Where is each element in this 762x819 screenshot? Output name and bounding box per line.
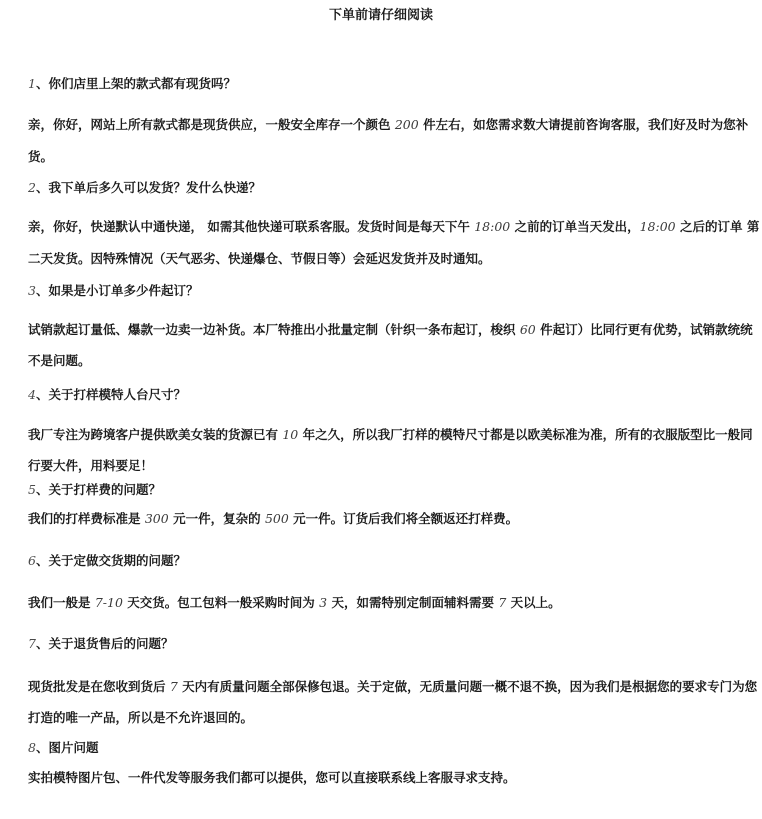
question-number: 1	[28, 76, 36, 91]
question-number: 2	[28, 180, 36, 195]
answer-text: 元一件，复杂的	[169, 511, 265, 526]
faq-answer-3-line-1: 试销款起订量低、爆款一边卖一边补货。本厂特推出小批量定制（针织一条布起订，梭织 …	[28, 322, 753, 338]
question-number: 4	[28, 387, 36, 402]
answer-text: 二天发货。因特殊情况（天气恶劣、快递爆仓、节假日等）会延迟发货并及时通知。	[28, 251, 491, 266]
answer-number: 7-10	[95, 595, 123, 610]
answer-text: 天以上。	[506, 595, 560, 610]
answer-text: 我们的打样费标准是	[28, 511, 145, 526]
answer-text: 年之久，所以我厂打样的模特尺寸都是以欧美标准为准，所有的衣服版型比一般同	[298, 427, 752, 442]
answer-text: 我厂专注为跨境客户提供欧美女装的货源已有	[28, 427, 282, 442]
answer-text: 实拍模特图片包、一件代发等服务我们都可以提供，您可以直接联系线上客服寻求支持。	[28, 770, 516, 785]
faq-question-3: 3、如果是小订单多少件起订？	[28, 283, 198, 299]
answer-text: 天，如需特别定制面辅料需要	[327, 595, 498, 610]
faq-question-2: 2、我下单后多久可以发货？发什么快递？	[28, 180, 261, 196]
question-number: 3	[28, 283, 36, 298]
answer-text: 亲，你好，快递默认中通快递， 如需其他快递可联系客服。发货时间是每天下午	[28, 219, 474, 234]
question-number: 6	[28, 553, 36, 568]
faq-answer-7-line-1: 现货批发是在您收到货后 7 天内有质量问题全部保修包退。关于定做，无质量问题一概…	[28, 679, 757, 695]
faq-answer-2-line-2: 二天发货。因特殊情况（天气恶劣、快递爆仓、节假日等）会延迟发货并及时通知。	[28, 251, 491, 267]
faq-question-8: 8、图片问题	[28, 740, 98, 756]
answer-text: 亲，你好，网站上所有款式都是现货供应，一般安全库存一个颜色	[28, 117, 395, 132]
answer-number: 18:00	[640, 219, 676, 234]
answer-text: 试销款起订量低、爆款一边卖一边补货。本厂特推出小批量定制（针织一条布起订，梭织	[28, 322, 520, 337]
faq-answer-2-line-1: 亲，你好，快递默认中通快递， 如需其他快递可联系客服。发货时间是每天下午 18:…	[28, 219, 759, 235]
answer-number: 10	[282, 427, 298, 442]
faq-question-1: 1、你们店里上架的款式都有现货吗？	[28, 76, 236, 92]
question-text: 、图片问题	[36, 740, 99, 755]
question-text: 、你们店里上架的款式都有现货吗？	[36, 76, 236, 91]
question-number: 8	[28, 740, 36, 755]
answer-text: 不是问题。	[28, 353, 91, 368]
answer-text: 现货批发是在您收到货后	[28, 679, 170, 694]
answer-number: 60	[520, 322, 536, 337]
faq-answer-4-line-1: 我厂专注为跨境客户提供欧美女装的货源已有 10 年之久，所以我厂打样的模特尺寸都…	[28, 427, 753, 443]
faq-answer-8-line-1: 实拍模特图片包、一件代发等服务我们都可以提供，您可以直接联系线上客服寻求支持。	[28, 770, 516, 786]
question-text: 、如果是小订单多少件起订？	[36, 283, 199, 298]
answer-number: 200	[395, 117, 419, 132]
answer-text: 行要大件，用料要足！	[28, 458, 153, 473]
answer-text: 件左右，如您需求数大请提前咨询客服，我们好及时为您补	[419, 117, 748, 132]
faq-question-7: 7、关于退货售后的问题？	[28, 636, 173, 652]
answer-text: 件起订）比同行更有优势，试销款统统	[536, 322, 753, 337]
question-text: 、关于定做交货期的问题？	[36, 553, 186, 568]
faq-question-5: 5、关于打样费的问题？	[28, 482, 161, 498]
faq-answer-1-line-2: 货。	[28, 149, 53, 165]
question-number: 5	[28, 482, 36, 497]
answer-text: 之前的订单当天发出，	[510, 219, 639, 234]
page-title: 下单前请仔细阅读	[0, 4, 762, 23]
question-text: 、关于退货售后的问题？	[36, 636, 174, 651]
answer-number: 500	[265, 511, 289, 526]
question-number: 7	[28, 636, 36, 651]
answer-number: 3	[319, 595, 327, 610]
answer-text: 元一件。订货后我们将全额返还打样费。	[289, 511, 518, 526]
answer-number: 300	[145, 511, 169, 526]
faq-answer-4-line-2: 行要大件，用料要足！	[28, 458, 153, 474]
question-text: 、关于打样费的问题？	[36, 482, 161, 497]
faq-answer-5-line-1: 我们的打样费标准是 300 元一件，复杂的 500 元一件。订货后我们将全额返还…	[28, 511, 518, 527]
question-text: 、关于打样模特人台尺寸？	[36, 387, 186, 402]
answer-text: 我们一般是	[28, 595, 95, 610]
answer-text: 打造的唯一产品，所以是不允许退回的。	[28, 710, 253, 725]
answer-number: 7	[170, 679, 178, 694]
faq-question-4: 4、关于打样模特人台尺寸？	[28, 387, 186, 403]
faq-answer-1-line-1: 亲，你好，网站上所有款式都是现货供应，一般安全库存一个颜色 200 件左右，如您…	[28, 117, 748, 133]
faq-answer-6-line-1: 我们一般是 7-10 天交货。包工包料一般采购时间为 3 天，如需特别定制面辅料…	[28, 595, 561, 611]
answer-text: 天内有质量问题全部保修包退。关于定做，无质量问题一概不退不换，因为我们是根据您的…	[178, 679, 757, 694]
answer-text: 天交货。包工包料一般采购时间为	[123, 595, 319, 610]
faq-answer-7-line-2: 打造的唯一产品，所以是不允许退回的。	[28, 710, 253, 726]
answer-number: 18:00	[474, 219, 510, 234]
faq-answer-3-line-2: 不是问题。	[28, 353, 91, 369]
question-text: 、我下单后多久可以发货？发什么快递？	[36, 180, 261, 195]
answer-text: 货。	[28, 149, 53, 164]
answer-text: 之后的订单 第	[676, 219, 760, 234]
faq-question-6: 6、关于定做交货期的问题？	[28, 553, 186, 569]
